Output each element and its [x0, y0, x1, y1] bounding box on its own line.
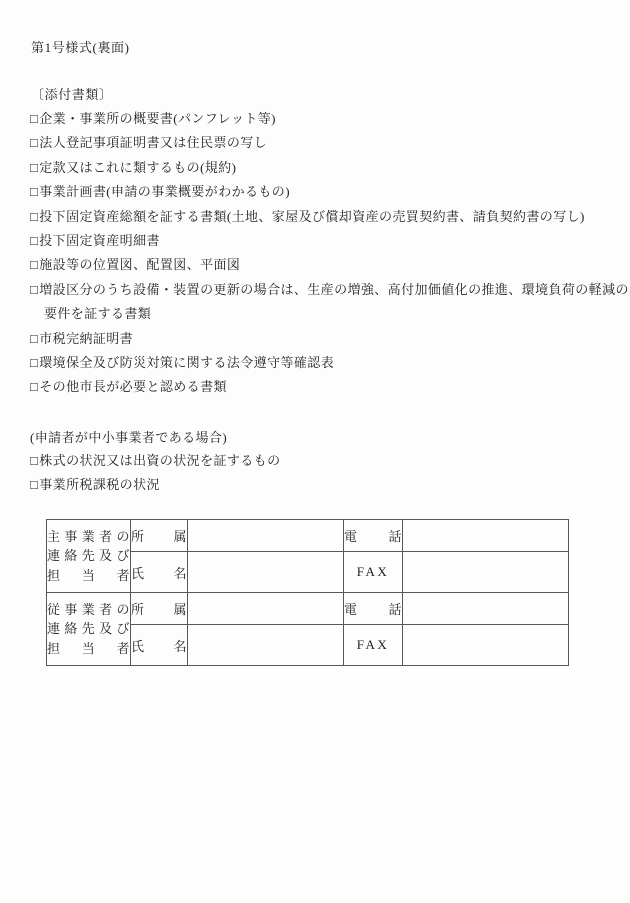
checkbox-icon: □ — [30, 253, 38, 277]
checklist-item: □定款又はこれに類するもの(規約) — [30, 156, 605, 180]
checklist-item-label: 市税完納証明書 — [39, 331, 133, 346]
primary-fax-value — [403, 552, 569, 593]
checkbox-icon: □ — [30, 156, 38, 180]
checklist-item-label: 企業・事業所の概要書(パンフレット等) — [39, 111, 276, 126]
page-title: 第1号様式(裏面) — [31, 39, 130, 56]
secondary-department-value — [188, 593, 344, 625]
primary-contact-label-cell: 主事業者の 連絡先及び 担当者 — [47, 520, 131, 593]
checkbox-icon: □ — [30, 107, 38, 131]
checkbox-icon: □ — [30, 473, 38, 496]
checklist-item-label: その他市長が必要と認める書類 — [39, 379, 227, 394]
checklist-item: □法人登記事項証明書又は住民票の写し — [30, 131, 605, 155]
secondary-fax-label: FAX — [344, 625, 403, 666]
primary-phone-label: 電話 — [344, 520, 403, 552]
checklist-item: □増設区分のうち設備・装置の更新の場合は、生産の増強、高付加価値化の推進、環境負… — [30, 278, 605, 302]
checklist-item-label: 株式の状況又は出資の状況を証するもの — [39, 453, 280, 468]
primary-contact-label-line: 担当者 — [47, 566, 130, 586]
checkbox-icon: □ — [30, 351, 38, 375]
primary-name-value — [188, 552, 344, 593]
secondary-contact-label-cell: 従事業者の 連絡先及び 担当者 — [47, 593, 131, 666]
primary-phone-value — [403, 520, 569, 552]
checklist-item: □その他市長が必要と認める書類 — [30, 375, 605, 399]
secondary-phone-value — [403, 593, 569, 625]
document-page: 第1号様式(裏面) 〔添付書類〕 □企業・事業所の概要書(パンフレット等) □法… — [0, 0, 630, 903]
checklist-item-label: 増設区分のうち設備・装置の更新の場合は、生産の増強、高付加価値化の推進、環境負荷… — [39, 282, 629, 297]
primary-department-value — [188, 520, 344, 552]
contact-table: 主事業者の 連絡先及び 担当者 所属 電話 氏名 FAX 従事業者の 連絡先及び… — [46, 519, 569, 666]
checkbox-icon: □ — [30, 229, 38, 253]
attachments-heading: 〔添付書類〕 — [31, 86, 113, 103]
checklist-item-label: 要件を証する書類 — [44, 306, 151, 321]
primary-department-label: 所属 — [131, 520, 188, 552]
checklist-item: □市税完納証明書 — [30, 327, 605, 351]
checklist-item-label: 環境保全及び防災対策に関する法令遵守等確認表 — [39, 355, 334, 370]
secondary-name-value — [188, 625, 344, 666]
checklist-item: □投下固定資産明細書 — [30, 229, 605, 253]
checkbox-icon: □ — [30, 327, 38, 351]
checklist-item-label: 事業計画書(申請の事業概要がわかるもの) — [39, 184, 290, 199]
checklist-item: □事業計画書(申請の事業概要がわかるもの) — [30, 180, 605, 204]
checklist-item-label: 事業所税課税の状況 — [39, 477, 160, 492]
secondary-department-label: 所属 — [131, 593, 188, 625]
secondary-name-label: 氏名 — [131, 625, 188, 666]
checklist-item-label: 法人登記事項証明書又は住民票の写し — [39, 135, 267, 150]
checklist-item-label: 施設等の位置図、配置図、平面図 — [39, 257, 240, 272]
checklist-item-continuation: 要件を証する書類 — [30, 302, 605, 326]
primary-contact-label-line: 連絡先及び — [47, 546, 130, 566]
checkbox-icon: □ — [30, 449, 38, 472]
secondary-contact-label-line: 連絡先及び — [47, 619, 130, 639]
checkbox-icon: □ — [30, 375, 38, 399]
secondary-contact-label-line: 従事業者の — [47, 600, 130, 620]
primary-fax-label: FAX — [344, 552, 403, 593]
checklist-item-label: 定款又はこれに類するもの(規約) — [39, 160, 236, 175]
secondary-contact-label-line: 担当者 — [47, 639, 130, 659]
attachments-checklist: □企業・事業所の概要書(パンフレット等) □法人登記事項証明書又は住民票の写し … — [30, 107, 605, 400]
smb-section: (申請者が中小事業者である場合) □株式の状況又は出資の状況を証するもの □事業… — [30, 426, 605, 496]
checklist-item: □事業所税課税の状況 — [30, 473, 605, 496]
smb-note: (申請者が中小事業者である場合) — [30, 426, 605, 449]
checklist-item-label: 投下固定資産総額を証する書類(土地、家屋及び償却資産の売買契約書、請負契約書の写… — [39, 209, 584, 224]
checklist-item: □株式の状況又は出資の状況を証するもの — [30, 449, 605, 472]
checklist-item: □施設等の位置図、配置図、平面図 — [30, 253, 605, 277]
checklist-item: □企業・事業所の概要書(パンフレット等) — [30, 107, 605, 131]
checkbox-icon: □ — [30, 205, 38, 229]
secondary-fax-value — [403, 625, 569, 666]
checklist-item: □環境保全及び防災対策に関する法令遵守等確認表 — [30, 351, 605, 375]
checklist-item: □投下固定資産総額を証する書類(土地、家屋及び償却資産の売買契約書、請負契約書の… — [30, 205, 605, 229]
primary-name-label: 氏名 — [131, 552, 188, 593]
checkbox-icon: □ — [30, 278, 38, 302]
checklist-item-label: 投下固定資産明細書 — [39, 233, 160, 248]
checkbox-icon: □ — [30, 131, 38, 155]
primary-contact-label-line: 主事業者の — [47, 527, 130, 547]
checkbox-icon: □ — [30, 180, 38, 204]
secondary-phone-label: 電話 — [344, 593, 403, 625]
